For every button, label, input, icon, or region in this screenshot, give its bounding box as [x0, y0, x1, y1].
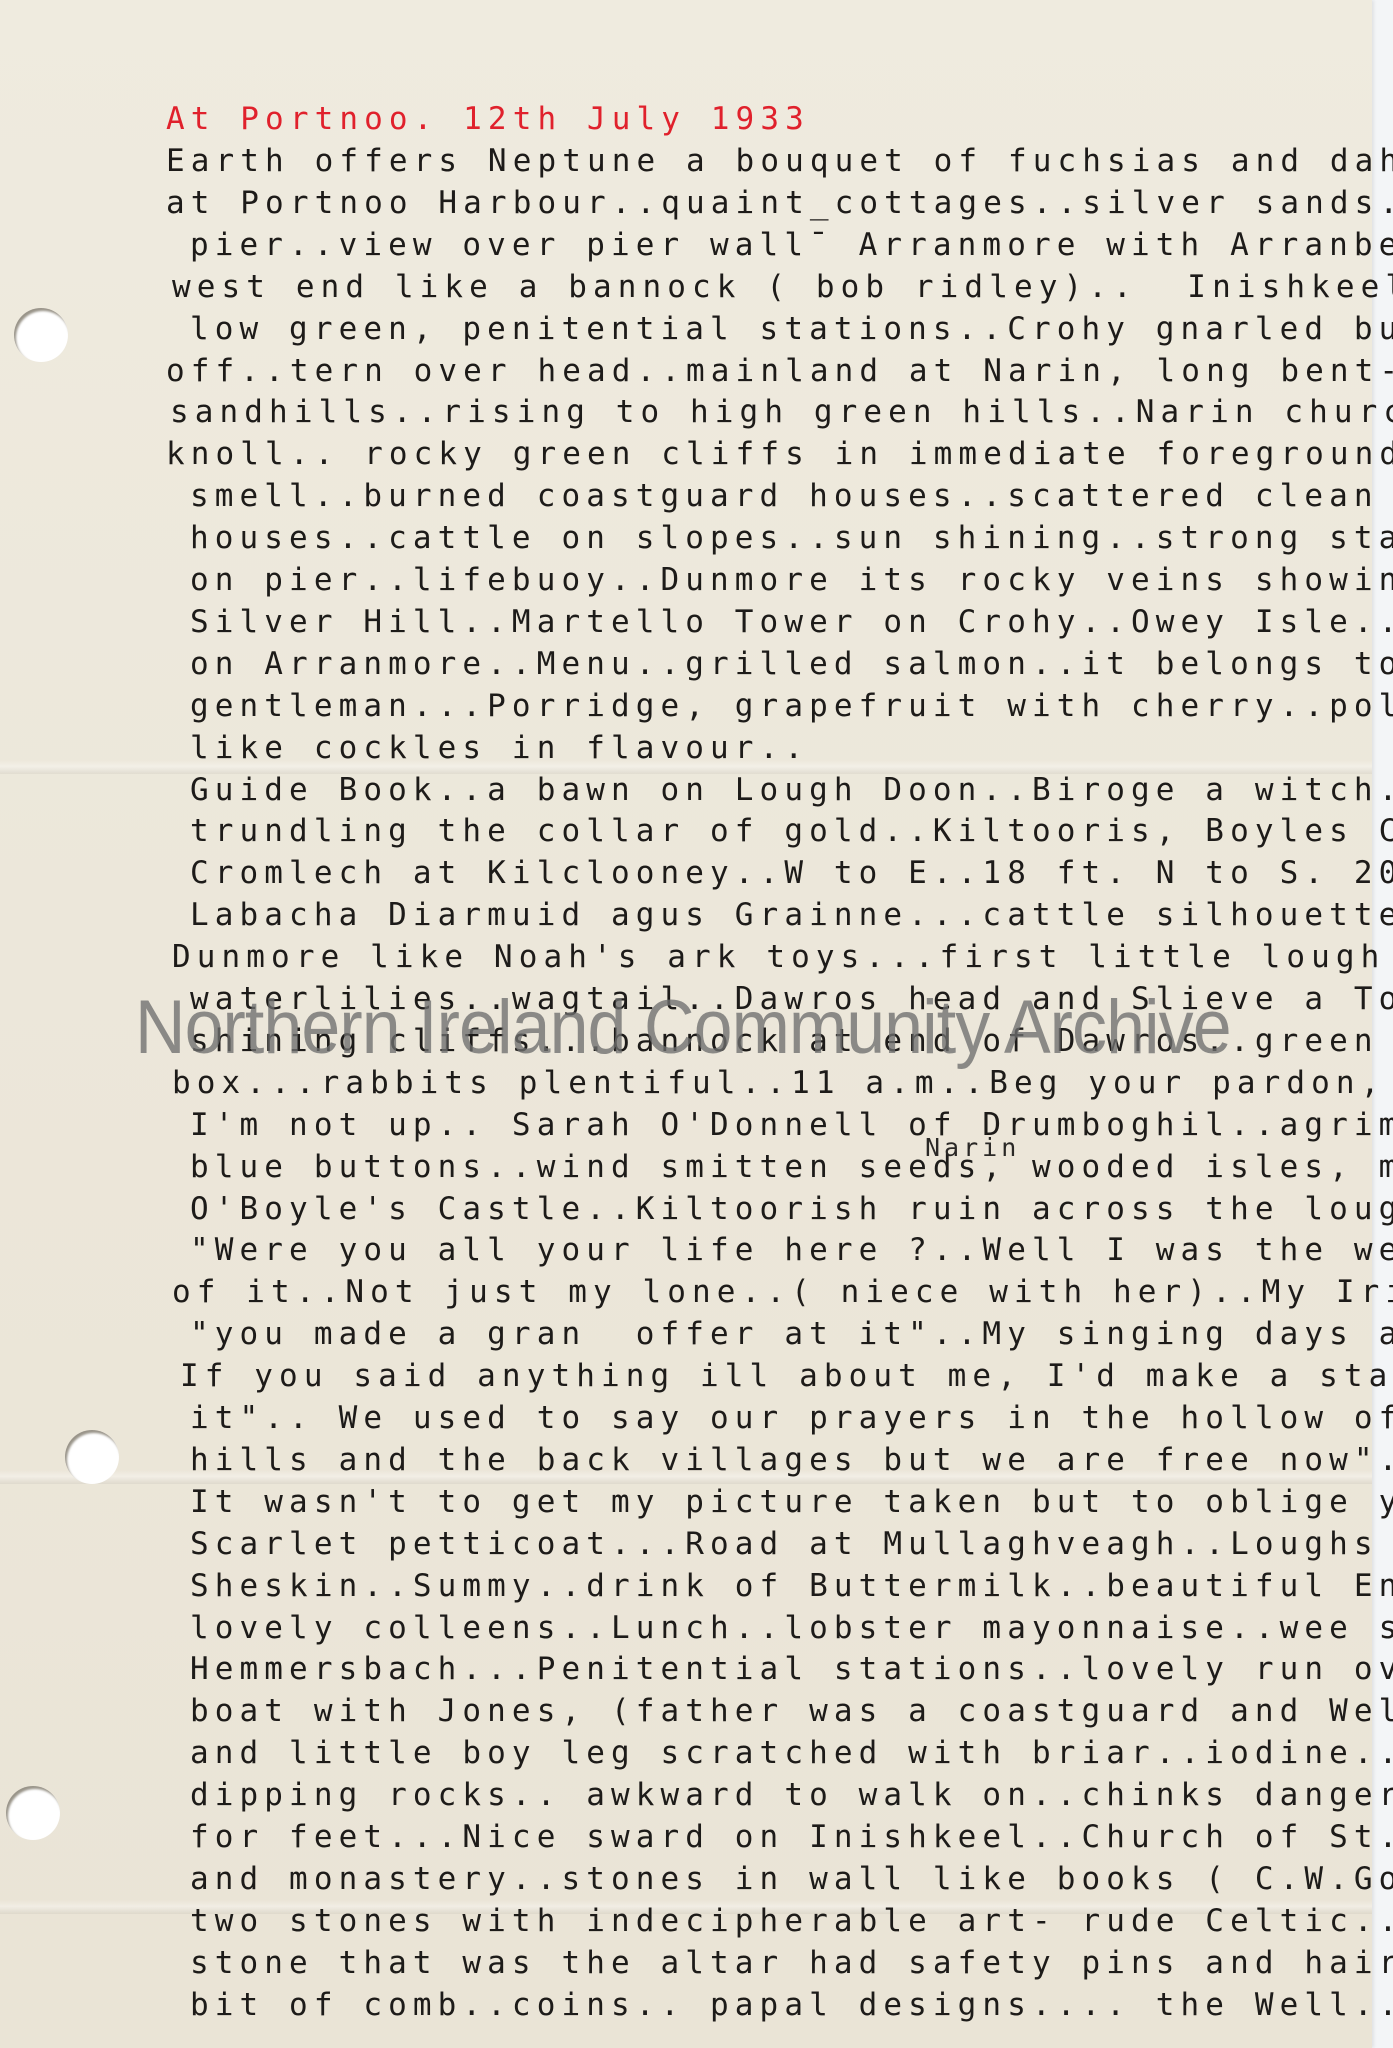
typed-line: west end like a bannock ( bob ridley).. …: [172, 272, 1393, 303]
typed-line: blue buttons..wind smitten seeds, wooded…: [190, 1152, 1393, 1183]
typed-line: trundling the collar of gold..Kiltooris,…: [190, 816, 1393, 847]
typed-line: knoll.. rocky green cliffs in immediate …: [166, 439, 1393, 470]
typed-line: on pier..lifebuoy..Dunmore its rocky vei…: [190, 565, 1393, 596]
typed-line: shining cliffs...bannock at end of Dawro…: [190, 1026, 1393, 1057]
typed-line: like cockles in flavour..: [190, 733, 809, 764]
typed-line: Sheskin..Summy..drink of Buttermilk..bea…: [190, 1571, 1393, 1602]
typed-line: two stones with indecipherable art- rude…: [190, 1906, 1393, 1937]
typed-line: dipping rocks.. awkward to walk on..chin…: [190, 1780, 1393, 1811]
typed-line: boat with Jones, (father was a coastguar…: [190, 1696, 1393, 1727]
typed-line: lovely colleens..Lunch..lobster mayonnai…: [190, 1613, 1393, 1644]
typed-line: sandhills..rising to high green hills..N…: [170, 397, 1393, 428]
document-heading: At Portnoo. 12th July 1933: [166, 104, 810, 135]
typed-line: at Portnoo Harbour..quaint_cottages..sil…: [166, 188, 1393, 219]
typed-line: "you made a gran offer at it"..My singin…: [190, 1319, 1393, 1350]
punch-hole: [14, 308, 68, 362]
typed-line: it".. We used to say our prayers in the …: [190, 1403, 1393, 1434]
typed-line: off..tern over head..mainland at Narin, …: [166, 356, 1393, 387]
overstrike-annotation: Narin: [925, 1133, 1020, 1162]
typed-line: bit of comb..coins.. papal designs.... t…: [190, 1990, 1393, 2021]
typed-line: box...rabbits plentiful..11 a.m..Beg you…: [172, 1068, 1393, 1099]
typed-line: Scarlet petticoat...Road at Mullaghveagh…: [190, 1529, 1393, 1560]
typed-line: Guide Book..a bawn on Lough Doon..Biroge…: [190, 775, 1393, 806]
typed-line: of it..Not just my lone..( niece with he…: [172, 1277, 1393, 1308]
typed-line: stone that was the altar had safety pins…: [190, 1948, 1393, 1979]
typed-line: low green, penitential stations..Crohy g…: [190, 314, 1393, 345]
typed-page: At Portnoo. 12th July 1933 Earth offers …: [0, 0, 1372, 2048]
typed-line: waterlilies..wagtail..Dawros head and Sl…: [190, 984, 1393, 1015]
punch-hole: [65, 1430, 119, 1484]
typed-line: pier..view over pier wall¯ Arranmore wit…: [190, 230, 1393, 261]
typed-line: "Were you all your life here ?..Well I w…: [190, 1235, 1393, 1266]
typed-line: smell..burned coastguard houses..scatter…: [190, 481, 1393, 512]
typed-line: O'Boyle's Castle..Kiltoorish ruin across…: [190, 1194, 1393, 1225]
typed-line: Labacha Diarmuid agus Grainne...cattle s…: [190, 900, 1393, 931]
typed-line: and little boy leg scratched with briar.…: [190, 1738, 1393, 1769]
typed-line: gentleman...Porridge, grapefruit with ch…: [190, 691, 1393, 722]
typed-line: houses..cattle on slopes..sun shining..s…: [190, 523, 1393, 554]
typed-line: It wasn't to get my picture taken but to…: [190, 1487, 1393, 1518]
typed-line: and monastery..stones in wall like books…: [190, 1864, 1393, 1895]
typed-line: I'm not up.. Sarah O'Donnell of Drumbogh…: [190, 1110, 1393, 1141]
typed-line: If you said anything ill about me, I'd m…: [180, 1361, 1393, 1392]
punch-hole: [6, 1786, 60, 1840]
typed-line: Dunmore like Noah's ark toys...first lit…: [172, 942, 1393, 973]
typed-line: Hemmersbach...Penitential stations..love…: [190, 1654, 1393, 1685]
typed-line: Earth offers Neptune a bouquet of fuchsi…: [166, 146, 1393, 177]
typed-line: Cromlech at Kilclooney..W to E..18 ft. N…: [190, 858, 1393, 889]
typed-line: on Arranmore..Menu..grilled salmon..it b…: [190, 649, 1393, 680]
typed-line: hills and the back villages but we are f…: [190, 1445, 1393, 1476]
typed-line: Silver Hill..Martello Tower on Crohy..Ow…: [190, 607, 1393, 638]
typed-line: for feet...Nice sward on Inishkeel..Chur…: [190, 1822, 1393, 1853]
